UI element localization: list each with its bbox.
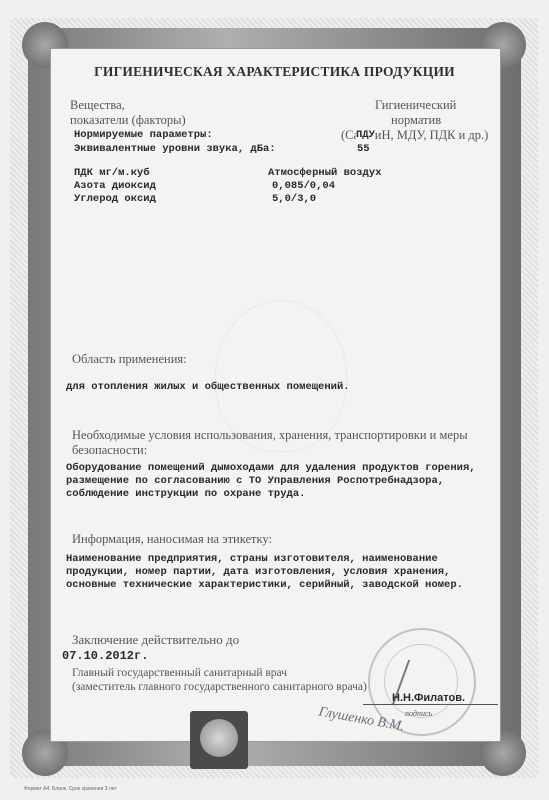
conditions-label-2: безопасности: xyxy=(72,443,147,458)
right-column-header-2: норматив xyxy=(391,113,441,128)
label-info-heading: Информация, наносимая на этикетку: xyxy=(72,532,272,547)
signature-caption: подпись xyxy=(405,706,432,721)
signatory-title-1: Главный государственный санитарный врач xyxy=(72,666,287,681)
pdk-column-header: Атмосферный воздух xyxy=(268,167,381,180)
footer-note: Формат А4. Бланк. Срок хранения 3 лет xyxy=(24,786,117,792)
certificate-page: ГИГИЕНИЧЕСКАЯ ХАРАКТЕРИСТИКА ПРОДУКЦИИ В… xyxy=(0,0,549,800)
pdk-row-value: 5,0/3,0 xyxy=(272,193,316,206)
signatory-title-2: (заместитель главного государственного с… xyxy=(72,680,367,695)
document-title: ГИГИЕНИЧЕСКАЯ ХАРАКТЕРИСТИКА ПРОДУКЦИИ xyxy=(0,64,549,80)
label-info-line: основные технические характеристики, сер… xyxy=(66,579,463,592)
norm-type-overprint: ПДУ xyxy=(356,129,375,142)
params-heading: Нормируемые параметры: xyxy=(74,129,213,142)
label-info-line: Наименование предприятия, страны изготов… xyxy=(66,553,438,566)
label-info-line: продукции, номер партии, дата изготовлен… xyxy=(66,566,450,579)
pdk-row-name: Углерод оксид xyxy=(74,193,156,206)
noise-value: 55 xyxy=(357,143,370,156)
left-column-header-1: Вещества, xyxy=(70,98,125,113)
right-column-header-1: Гигиенический xyxy=(375,98,456,113)
conditions-line: Оборудование помещений дымоходами для уд… xyxy=(66,462,476,475)
pdk-label: ПДК мг/м.куб xyxy=(74,167,150,180)
hologram-sticker-icon xyxy=(190,711,248,769)
validity-label: Заключение действительно до xyxy=(72,632,239,647)
left-column-header-2: показатели (факторы) xyxy=(70,113,186,128)
application-text: для отопления жилых и общественных помещ… xyxy=(66,381,350,394)
conditions-line: соблюдение инструкции по охране труда. xyxy=(66,488,305,501)
pdk-row-name: Азота диоксид xyxy=(74,180,156,193)
application-label: Область применения: xyxy=(72,352,187,367)
validity-date: 07.10.2012г. xyxy=(62,650,148,663)
conditions-line: размещение по согласованию с ТО Управлен… xyxy=(66,475,444,488)
pdk-row-value: 0,085/0,04 xyxy=(272,180,335,193)
conditions-label-1: Необходимые условия использования, хране… xyxy=(72,428,468,443)
noise-label: Эквивалентные уровни звука, дБа: xyxy=(74,143,276,156)
signatory-name: Н.Н.Филатов. xyxy=(392,692,465,705)
